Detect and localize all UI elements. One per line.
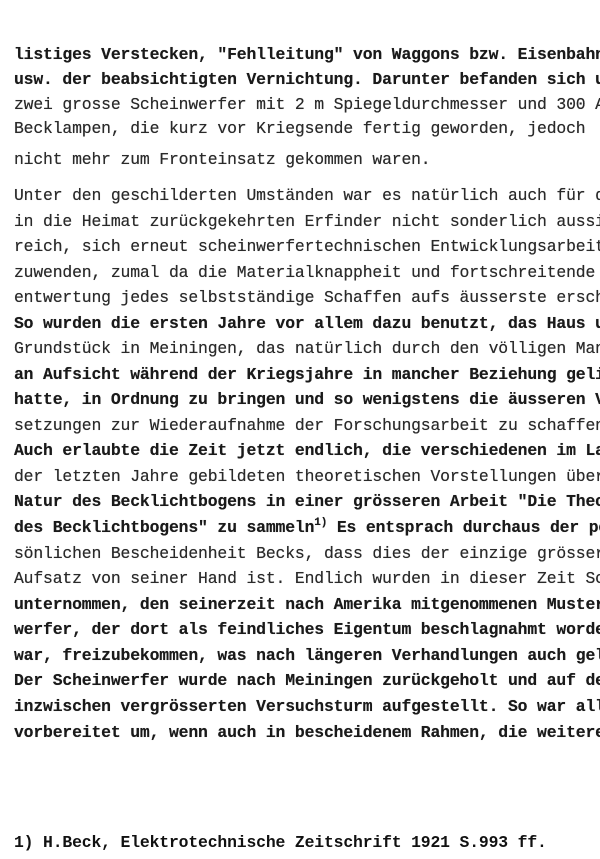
text-line: Aufsatz von seiner Hand ist. Endlich wur…: [14, 569, 600, 589]
text-line: zuwenden, zumal da die Materialknappheit…: [14, 263, 600, 283]
text-line: der letzten Jahre gebildeten theoretisch…: [14, 467, 600, 487]
text-line: Becklampen, die kurz vor Kriegsende fert…: [14, 119, 585, 139]
text-line: sönlichen Bescheidenheit Becks, dass die…: [14, 544, 600, 564]
text-line: hatte, in Ordnung zu bringen und so weni…: [14, 390, 600, 410]
text-line: Der Scheinwerfer wurde nach Meiningen zu…: [14, 671, 600, 691]
text-line: listiges Verstecken, "Fehlleitung" von W…: [14, 45, 600, 65]
text-line: nicht mehr zum Fronteinsatz gekommen war…: [14, 150, 431, 170]
text-line: werfer, der dort als feindliches Eigentu…: [14, 620, 600, 640]
text-line: Grundstück in Meiningen, das natürlich d…: [14, 339, 600, 359]
text-line: zwei grosse Scheinwerfer mit 2 m Spiegel…: [14, 95, 600, 115]
typewritten-page: listiges Verstecken, "Fehlleitung" von W…: [0, 0, 600, 859]
text-line-with-footnote-ref: des Becklichtbogens" zu sammeln1) Es ent…: [14, 518, 600, 538]
text-line: setzungen zur Wiederaufnahme der Forschu…: [14, 416, 600, 436]
text-line: unternommen, den seinerzeit nach Amerika…: [14, 595, 600, 615]
text-line: an Aufsicht während der Kriegsjahre in m…: [14, 365, 600, 385]
text-line: usw. der beabsichtigten Vernichtung. Dar…: [14, 70, 600, 90]
text-line: inzwischen vergrösserten Versuchsturm au…: [14, 697, 600, 717]
text-line: in die Heimat zurückgekehrten Erfinder n…: [14, 212, 600, 232]
text-line: war, freizubekommen, was nach längeren V…: [14, 646, 600, 666]
text-line: reich, sich erneut scheinwerfertechnisch…: [14, 237, 600, 257]
footnote-reference: 1): [314, 517, 327, 529]
footnote: 1) H.Beck, Elektrotechnische Zeitschrift…: [14, 833, 547, 853]
text-line: Auch erlaubte die Zeit jetzt endlich, di…: [14, 441, 600, 461]
text-line: Unter den geschilderten Umständen war es…: [14, 186, 600, 206]
text-line: So wurden die ersten Jahre vor allem daz…: [14, 314, 600, 334]
text-line: vorbereitet um, wenn auch in bescheidene…: [14, 723, 600, 743]
text-line: Natur des Becklichtbogens in einer gröss…: [14, 492, 600, 512]
text-segment: des Becklichtbogens" zu sammeln: [14, 518, 314, 537]
text-line: entwertung jedes selbstständige Schaffen…: [14, 288, 600, 308]
text-segment: Es entsprach durchaus der per-: [327, 518, 600, 537]
